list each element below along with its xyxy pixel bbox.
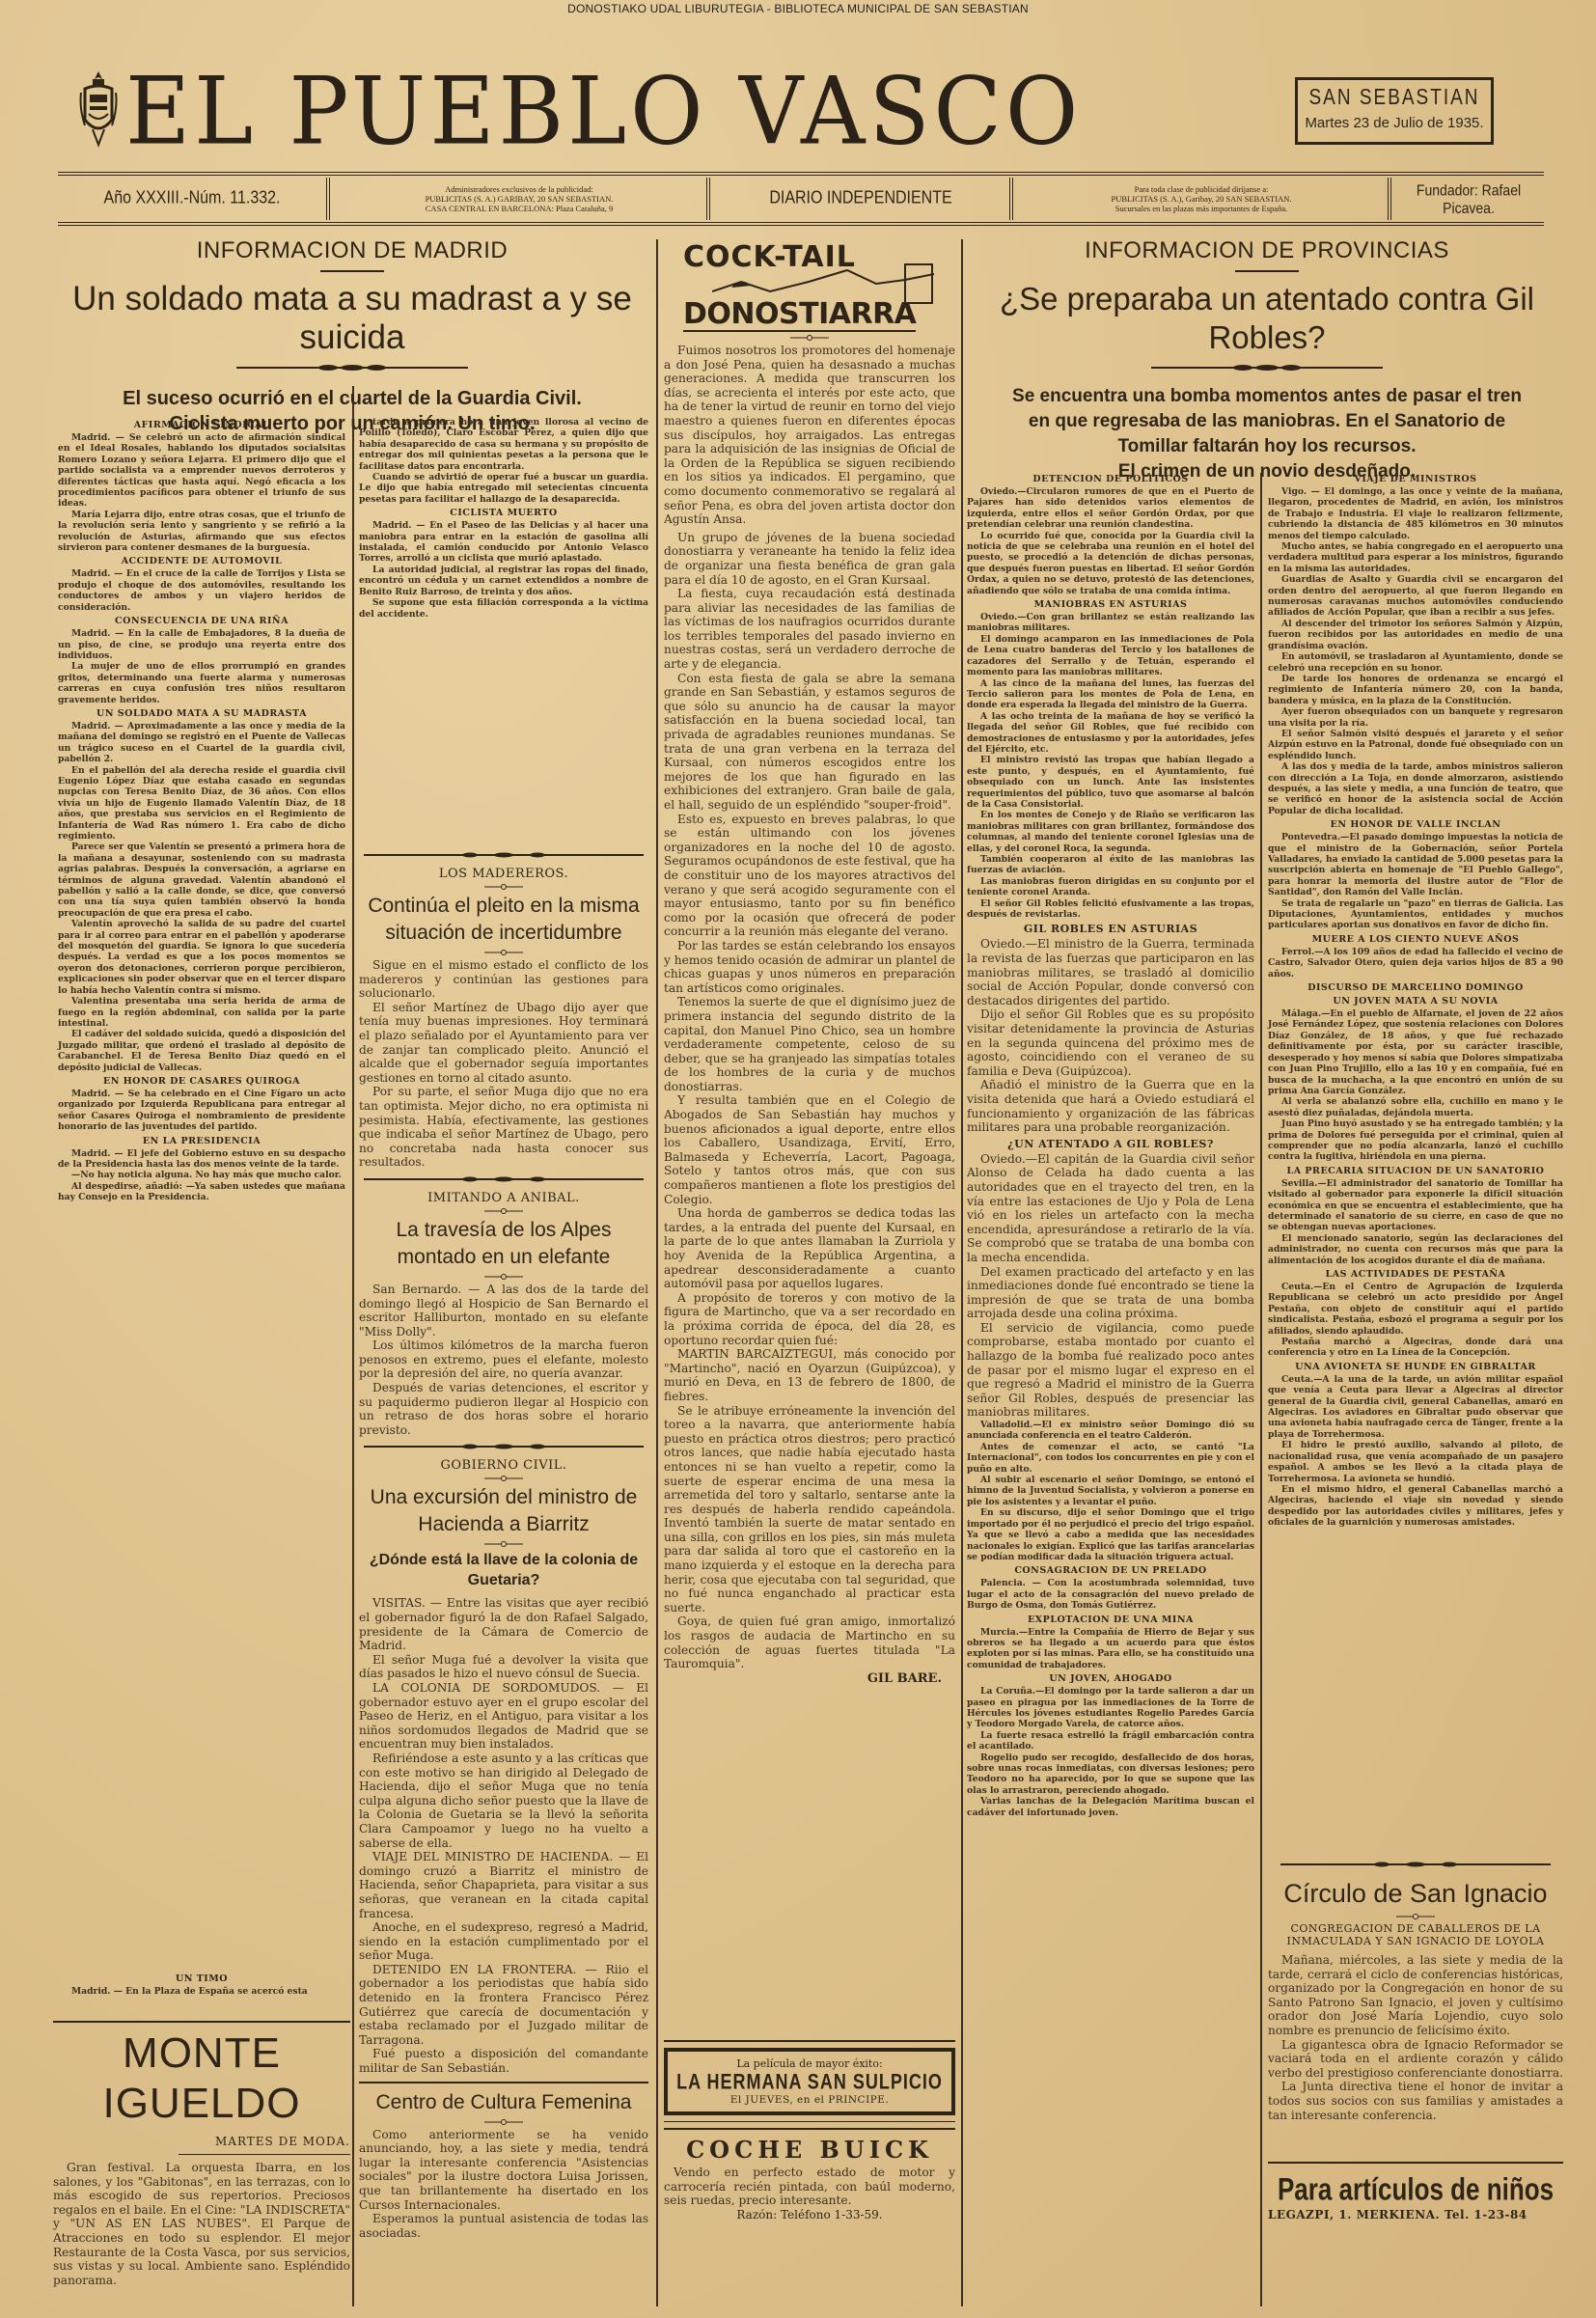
news-paragraph: Valladolid.—El ex ministro señor Domingo…: [967, 1420, 1254, 1442]
news-paragraph: Ceuta.—A la una de la tarde, un avión mi…: [1268, 1374, 1563, 1440]
news-kicker: UN TIMO: [58, 1973, 345, 1984]
divider: [320, 270, 384, 272]
news-paragraph: Como anteriormente se ha venido anuncian…: [359, 2128, 648, 2213]
news-paragraph: La Coruña.—El domingo por la tarde salie…: [967, 1686, 1254, 1730]
news-paragraph: El domingo acamparon en las inmediacione…: [967, 634, 1254, 678]
subhead-guetaria: ¿Dónde está la llave de la colonia de Gu…: [359, 1550, 648, 1590]
news-paragraph: Añadió el ministro de la Guerra que en l…: [967, 1078, 1254, 1134]
headline-alpes: La travesía de los Alpes montado en un e…: [359, 1217, 648, 1271]
small-divider: [484, 1475, 523, 1482]
news-paragraph: Madrid. — En la calle de Embajadores, 8 …: [58, 628, 345, 661]
news-paragraph: El señor Martínez de Ubago dijo ayer que…: [359, 1001, 648, 1086]
subhead-provincias-1: Se encuentra una bomba momentos antes de…: [963, 384, 1571, 409]
news-paragraph: Al subir al escenario el señor Domingo, …: [967, 1475, 1254, 1507]
madrid-header: INFORMACION DE MADRID Un soldado mata a …: [53, 232, 651, 436]
news-paragraph: DETENIDO EN LA FRONTERA. — Riio el gober…: [359, 1963, 648, 2048]
news-paragraph: En el mismo hidro, el general Cabanellas…: [1268, 1484, 1563, 1529]
news-paragraph: Ceuta.—En el Centro de Agrupación de Izq…: [1268, 1282, 1563, 1337]
madrid-column-2: tarde a primera hora una joven llorosa a…: [359, 417, 648, 620]
founder-cell: Fundador: Rafael Picavea.: [1393, 176, 1544, 222]
news-paragraph: En el pabellón del ala derecha reside el…: [58, 765, 345, 842]
igueldo-title: MONTE IGUELDO: [53, 2028, 350, 2129]
ads-line: Para toda clase de publicidad diríjanse …: [1135, 184, 1269, 194]
news-paragraph: Oviedo.—Circularon rumores de que en el …: [967, 486, 1254, 531]
column-paragraph: La fiesta, cuya recaudación está destina…: [664, 587, 955, 672]
news-paragraph: San Bernardo. — A las dos de la tarde de…: [359, 1283, 648, 1338]
provincias-column-2: VIAJE DE MINISTROS Vigo. — El domingo, a…: [1268, 471, 1563, 1529]
divider: [1235, 270, 1299, 272]
news-paragraph: Al verla se abalanzó sobre ella, cuchill…: [1268, 1096, 1563, 1118]
news-paragraph: Valentina presentaba una seria herida de…: [58, 996, 345, 1029]
info-strip: Año XXXIII.-Núm. 11.332. Administradores…: [58, 172, 1544, 226]
article-kicker: LOS MADEREROS.: [359, 867, 648, 881]
news-kicker: ACCIDENTE DE AUTOMOVIL: [58, 556, 345, 566]
news-paragraph: LA COLONIA DE SORDOMUDOS. — El gobernado…: [359, 1681, 648, 1752]
news-paragraph: Rogelio pudo ser recogido, desfallecido …: [967, 1752, 1254, 1797]
news-paragraph: El señor Muga fué a devolver la visita q…: [359, 1653, 648, 1681]
news-paragraph: El hidro le prestó auxilio, salvando al …: [1268, 1440, 1563, 1484]
madrid-column-1: AFIRMACION SINDICAL Madrid. — Se celebró…: [58, 417, 345, 1203]
news-paragraph: tarde a primera hora una joven llorosa a…: [359, 417, 648, 472]
news-kicker: MUERE A LOS CIENTO NUEVE AÑOS: [1268, 934, 1563, 945]
news-paragraph: En su discurso, dijo el señor Domingo qu…: [967, 1507, 1254, 1562]
issue-number: Año XXXIII.-Núm. 11.332.: [104, 189, 281, 209]
issue-date: Martes 23 de Julio de 1935.: [1298, 115, 1491, 131]
film-ad-line: El JUEVES, en el PRINCIPE.: [672, 2094, 948, 2106]
news-paragraph: Al descender del trimotor los señores Sa…: [1268, 619, 1563, 651]
small-divider: [484, 2118, 523, 2126]
news-paragraph: Lo ocurrido fué que, conocida por la Gua…: [967, 531, 1254, 596]
san-ignacio-kicker: CONGREGACION DE CABALLEROS DE LA INMACUL…: [1268, 1922, 1563, 1947]
column-paragraph: Tenemos la suerte de que el dignísimo ju…: [664, 995, 955, 1093]
news-paragraph: Madrid. — El jefe del Gobierno estuvo en…: [58, 1148, 345, 1171]
advertising-info-cell: Para toda clase de publicidad diríjanse …: [1015, 176, 1388, 222]
column-rule: [1260, 473, 1262, 2306]
small-divider: [484, 1207, 523, 1215]
notice-paragraph: La gigantesca obra de Ignacio Reformador…: [1268, 2038, 1563, 2081]
section-title-provincias: INFORMACION DE PROVINCIAS: [963, 237, 1571, 264]
small-divider: [484, 1273, 523, 1281]
news-kicker: GIL ROBLES EN ASTURIAS: [967, 923, 1254, 935]
admin-line: PUBLICITAS (S. A.) GARIBAY, 20 SAN SEBAS…: [426, 194, 614, 204]
news-paragraph: El cadáver del soldado suicida, quedó a …: [58, 1029, 345, 1073]
column-paragraph: Fuimos nosotros los promotores del homen…: [664, 344, 955, 527]
news-kicker: UN JOVEN, AHOGADO: [967, 1673, 1254, 1684]
ornament-divider: [1151, 363, 1383, 373]
news-kicker: MANIOBRAS EN ASTURIAS: [967, 599, 1254, 610]
column-paragraph: A propósito de toreros y con motivo de l…: [664, 1291, 955, 1347]
news-paragraph: El servicio de vigilancia, como puede co…: [967, 1321, 1254, 1420]
news-paragraph: Anoche, en el sudexpreso, regresó a Madr…: [359, 1920, 648, 1963]
news-paragraph: Madrid. — En el cruce de la calle de Tor…: [58, 568, 345, 613]
issue-number-cell: Año XXXIII.-Núm. 11.332.: [58, 176, 326, 222]
news-kicker: DISCURSO DE MARCELINO DOMINGO: [1268, 982, 1563, 993]
tagline-cell: DIARIO INDEPENDIENTE: [712, 176, 1009, 222]
headline-biarritz: Una excursión del ministro de Hacienda a…: [359, 1484, 648, 1538]
column-paragraph: Con esta fiesta de gala se abre la seman…: [664, 672, 955, 813]
ads-line: PUBLICITAS (S. A.), Garibay, 20 SAN SEBA…: [1112, 194, 1292, 204]
column-paragraph: Se le atribuye erróneamente la invención…: [664, 1404, 955, 1615]
news-paragraph: En los montes de Conejo y de Riaño se ve…: [967, 810, 1254, 854]
news-paragraph: Madrid. — Se ha celebrado en el Cine Fíg…: [58, 1089, 345, 1133]
igueldo-kicker: MARTES DE MODA.: [53, 2135, 350, 2148]
small-divider: [484, 1540, 523, 1548]
car-ad-text: Vendo en perfecto estado de motor y carr…: [664, 2166, 955, 2208]
news-kicker: EXPLOTACION DE UNA MINA: [967, 1614, 1254, 1625]
ornament-divider: [364, 851, 644, 861]
ornament-divider: [236, 363, 468, 373]
news-kicker: CICLISTA MUERTO: [359, 508, 648, 518]
news-paragraph: Por su parte, el señor Muga dijo que no …: [359, 1085, 648, 1170]
news-paragraph: Después de varias detenciones, el escrit…: [359, 1381, 648, 1437]
news-paragraph: Antes de comenzar el acto, se cantó "La …: [967, 1442, 1254, 1475]
column-rule: [656, 239, 658, 2306]
news-kicker: DETENCION DE POLITICOS: [967, 474, 1254, 484]
column-paragraph: Un grupo de jóvenes de la buena sociedad…: [664, 531, 955, 587]
news-kicker: AFIRMACION SINDICAL: [58, 420, 345, 430]
column-paragraph: Y resulta también que en el Colegio de A…: [664, 1093, 955, 1206]
news-paragraph: Madrid. — En el Paseo de las Delicias y …: [359, 520, 648, 565]
news-paragraph: A las cinco de la mañana del lunes, las …: [967, 678, 1254, 711]
news-paragraph: Las maniobras fueron dirigidas en su con…: [967, 876, 1254, 898]
subhead-madrid-1: El suceso ocurrió en el cuartel de la Gu…: [53, 386, 651, 411]
news-paragraph: Varias lanchas de la Delegación Marítima…: [967, 1796, 1254, 1818]
car-ad-contact: Razón: Teléfono 1-33-59.: [664, 2208, 955, 2221]
headline-madrid: Un soldado mata a su madrast a y se suic…: [53, 280, 651, 357]
news-paragraph: María Lejarra dijo, entre otras cosas, q…: [58, 510, 345, 554]
cocktail-donostiarra-column: COCK-TAIL DONOSTIARRA Fuimos nosotros lo…: [664, 241, 955, 1686]
masthead: EL PUEBLO VASCO SAN SEBASTIAN Martes 23 …: [58, 68, 1544, 154]
news-paragraph: El señor Gil Robles felicitó efusivament…: [967, 898, 1254, 921]
news-paragraph: La fuerte resaca estrelló la frágil emba…: [967, 1730, 1254, 1752]
notice-paragraph: Mañana, miércoles, a las siete y media d…: [1268, 1953, 1563, 2038]
news-paragraph: Oviedo.—Con gran brillantez se están rea…: [967, 612, 1254, 634]
news-paragraph: De tarde los honores de ordenanza se enc…: [1268, 674, 1563, 706]
news-kicker: VIAJE DE MINISTROS: [1268, 474, 1563, 484]
archive-label: DONOSTIAKO UDAL LIBURUTEGIA - BIBLIOTECA…: [0, 2, 1596, 15]
news-kicker: ¿UN ATENTADO A GIL ROBLES?: [967, 1138, 1254, 1150]
news-paragraph: Ferrol.—A los 109 años de edad ha fallec…: [1268, 947, 1563, 980]
tagline: DIARIO INDEPENDIENTE: [769, 189, 951, 209]
author-signature: GIL BARE.: [664, 1671, 942, 1686]
small-divider: [484, 949, 523, 956]
news-paragraph: Ayer fueron obsequiados con un banquete …: [1268, 706, 1563, 729]
news-paragraph: Cuando se advirtió de operar fué a busca…: [359, 472, 648, 505]
news-paragraph: Parece ser que Valentín se presentó a pr…: [58, 842, 345, 919]
news-paragraph: Oviedo.—El capitán de la Guardia civil s…: [967, 1152, 1254, 1265]
founder: Fundador: Rafael Picavea.: [1393, 181, 1544, 217]
news-paragraph: A las dos y media de la tarde, ambos min…: [1268, 761, 1563, 816]
news-paragraph: VIAJE DEL MINISTRO DE HACIENDA. — El dom…: [359, 1850, 648, 1920]
news-kicker: EN LA PRESIDENCIA: [58, 1136, 345, 1146]
news-paragraph: —No hay noticia alguna. No hay más que m…: [58, 1170, 345, 1180]
news-paragraph: Pestaña marchó a Algeciras, donde dará u…: [1268, 1337, 1563, 1359]
news-paragraph: El señor Salmón visitó después el jarare…: [1268, 729, 1563, 761]
headline-provincias: ¿Se preparaba un atentado contra Gil Rob…: [963, 280, 1571, 357]
ornament-divider: [1280, 1861, 1551, 1870]
news-paragraph: Sevilla.—El administrador del sanatorio …: [1268, 1178, 1563, 1233]
headline-cultura-femenina: Centro de Cultura Femenina: [359, 2089, 648, 2116]
small-divider: [484, 883, 523, 891]
news-paragraph: El ministro revistó las tropas que había…: [967, 755, 1254, 810]
news-kicker: CONSAGRACION DE UN PRELADO: [967, 1565, 1254, 1576]
news-paragraph: Juan Pino huyó asustado y se ha entregad…: [1268, 1118, 1563, 1163]
news-paragraph: Refiriéndose a este asunto y a las críti…: [359, 1752, 648, 1850]
news-kicker: EN HONOR DE VALLE INCLAN: [1268, 819, 1563, 830]
news-paragraph: Guardias de Asalto y Guardia civil se en…: [1268, 574, 1563, 619]
film-ad-line: La película de mayor éxito:: [672, 2057, 948, 2070]
news-paragraph: Valentín aprovechó la salida de su padre…: [58, 919, 345, 996]
subhead-provincias-2: en que regresaba de las maniobras. En el…: [963, 409, 1571, 434]
un-timo: UN TIMO Madrid. — En la Plaza de España …: [58, 1971, 345, 1997]
advertising-admin-cell: Administradores exclusivos de la publici…: [332, 176, 706, 222]
kids-ad-title: Para artículos de niños: [1268, 2165, 1563, 2213]
film-title: LA HERMANA SAN SULPICIO: [672, 2069, 948, 2094]
date-box: SAN SEBASTIAN Martes 23 de Julio de 1935…: [1295, 77, 1494, 145]
news-paragraph: En automóvil, se trasladaron al Ayuntami…: [1268, 651, 1563, 674]
column-paragraph: Esto es, expuesto en breves palabras, lo…: [664, 813, 955, 939]
logo-bottom-text: DONOSTIARRA: [683, 299, 916, 332]
article-kicker: GOBIERNO CIVIL.: [359, 1458, 648, 1473]
news-paragraph: Málaga.—En el pueblo de Alfarnate, el jo…: [1268, 1008, 1563, 1096]
news-kicker: CONSECUENCIA DE UNA RIÑA: [58, 616, 345, 626]
column-rule: [961, 239, 963, 2306]
provincias-header: INFORMACION DE PROVINCIAS ¿Se preparaba …: [963, 232, 1571, 484]
news-paragraph: Pontevedra.—El pasado domingo impuestas …: [1268, 832, 1563, 897]
cocktail-logo: COCK-TAIL DONOSTIARRA: [683, 241, 936, 332]
film-ad: La película de mayor éxito: LA HERMANA S…: [664, 2048, 955, 2115]
news-paragraph: VISITAS. — Entre las visitas que ayer re…: [359, 1596, 648, 1652]
small-divider: [1391, 1913, 1440, 1920]
subhead-provincias-3: Tomillar faltarán hoy los recursos.: [963, 434, 1571, 459]
news-kicker: UN SOLDADO MATA A SU MADRASTA: [58, 708, 345, 719]
ads-line: Sucursales en las plazas más importantes…: [1115, 204, 1287, 213]
news-kicker: EN HONOR DE CASARES QUIROGA: [58, 1076, 345, 1087]
ornament-divider: [364, 1175, 644, 1185]
column-rule: [352, 386, 354, 2306]
news-kicker: LA PRECARIA SITUACION DE UN SANATORIO: [1268, 1166, 1563, 1176]
news-paragraph: Se supone que esta filiación corresponda…: [359, 597, 648, 620]
admin-line: CASA CENTRAL EN BARCELONA: Plaza Cataluñ…: [426, 204, 613, 213]
admin-line: Administradores exclusivos de la publici…: [445, 184, 592, 194]
article-kicker: IMITANDO A ANIBAL.: [359, 1191, 648, 1205]
news-kicker: UN JOVEN MATA A SU NOVIA: [1268, 996, 1563, 1007]
monte-igueldo-ad: MONTE IGUELDO MARTES DE MODA. Gran festi…: [53, 2015, 350, 2287]
san-ignacio-title: Círculo de San Ignacio: [1268, 1876, 1563, 1911]
news-paragraph: Fué puesto a disposición del comandante …: [359, 2047, 648, 2075]
small-divider: [790, 334, 829, 342]
igueldo-text: Gran festival. La orquesta Ibarra, en lo…: [53, 2161, 350, 2287]
news-paragraph: Al despedirse, añadió: —Ya saben ustedes…: [58, 1181, 345, 1203]
column-paragraph: Goya, de quien fué gran amigo, inmortali…: [664, 1614, 955, 1670]
headline-madereros: Continúa el pleito en la misma situación…: [359, 893, 648, 947]
news-paragraph: Los últimos kilómetros de la marcha fuer…: [359, 1338, 648, 1381]
section-title-madrid: INFORMACION DE MADRID: [53, 237, 651, 264]
news-paragraph: El mencionado sanatorio, según las decla…: [1268, 1233, 1563, 1266]
news-paragraph: La autoridad judicial, al registrar las …: [359, 565, 648, 597]
news-paragraph: Murcia.—Entre la Compañía de Hierro de B…: [967, 1627, 1254, 1671]
news-paragraph: Se trata de regalarle un "pazo" en tierr…: [1268, 898, 1563, 931]
news-paragraph: A las ocho treinta de la mañana de hoy s…: [967, 711, 1254, 756]
news-paragraph: Madrid. — En la Plaza de España se acerc…: [58, 1986, 345, 1997]
news-paragraph: Mucho antes, se había congregado en el a…: [1268, 541, 1563, 574]
ads-column: La película de mayor éxito: LA HERMANA S…: [664, 2034, 955, 2221]
san-ignacio-notice: Círculo de San Ignacio CONGREGACION DE C…: [1268, 1855, 1563, 2122]
news-paragraph: La mujer de uno de ellos prorrumpió en g…: [58, 661, 345, 705]
kids-articles-ad: Para artículos de niños LEGAZPI, 1. MERK…: [1268, 2156, 1563, 2221]
news-paragraph: Palencia. — Con la acostumbrada solemnid…: [967, 1578, 1254, 1611]
news-paragraph: Madrid. — Se celebró un acto de afirmaci…: [58, 432, 345, 510]
news-paragraph: Dijo el señor Gil Robles que es su propó…: [967, 1007, 1254, 1078]
news-kicker: LAS ACTIVIDADES DE PESTAÑA: [1268, 1269, 1563, 1280]
madereros-article: LOS MADEREROS. Continúa el pleito en la …: [359, 845, 648, 2240]
notice-paragraph: La Junta directiva tiene el honor de inv…: [1268, 2080, 1563, 2122]
column-paragraph: Una horda de gamberros se dedica todas l…: [664, 1206, 955, 1291]
news-paragraph: También cooperaron al éxito de las manio…: [967, 854, 1254, 876]
news-paragraph: Esperamos la puntual asistencia de todas…: [359, 2212, 648, 2240]
news-paragraph: Madrid. — Aproximadamente a las once y m…: [58, 721, 345, 765]
ornament-divider: [364, 1443, 644, 1452]
car-ad-title: COCHE BUICK: [664, 2136, 955, 2164]
news-paragraph: Vigo. — El domingo, a las once y veinte …: [1268, 486, 1563, 541]
coat-of-arms-icon: [79, 69, 118, 149]
news-kicker: UNA AVIONETA SE HUNDE EN GIBRALTAR: [1268, 1362, 1563, 1372]
news-paragraph: Del examen practicado del artefacto y en…: [967, 1265, 1254, 1321]
news-paragraph: Sigue en el mismo estado el conflicto de…: [359, 958, 648, 1001]
column-paragraph: Por las tardes se están celebrando los e…: [664, 939, 955, 995]
provincias-column-1: DETENCION DE POLITICOS Oviedo.—Circularo…: [967, 471, 1254, 1818]
city-label: SAN SEBASTIAN: [1298, 86, 1491, 111]
column-paragraph: MARTIN BARCAIZTEGUI, más conocido por "M…: [664, 1347, 955, 1403]
newspaper-title: EL PUEBLO VASCO: [125, 66, 1082, 159]
news-paragraph: Oviedo.—El ministro de la Guerra, termin…: [967, 937, 1254, 1007]
